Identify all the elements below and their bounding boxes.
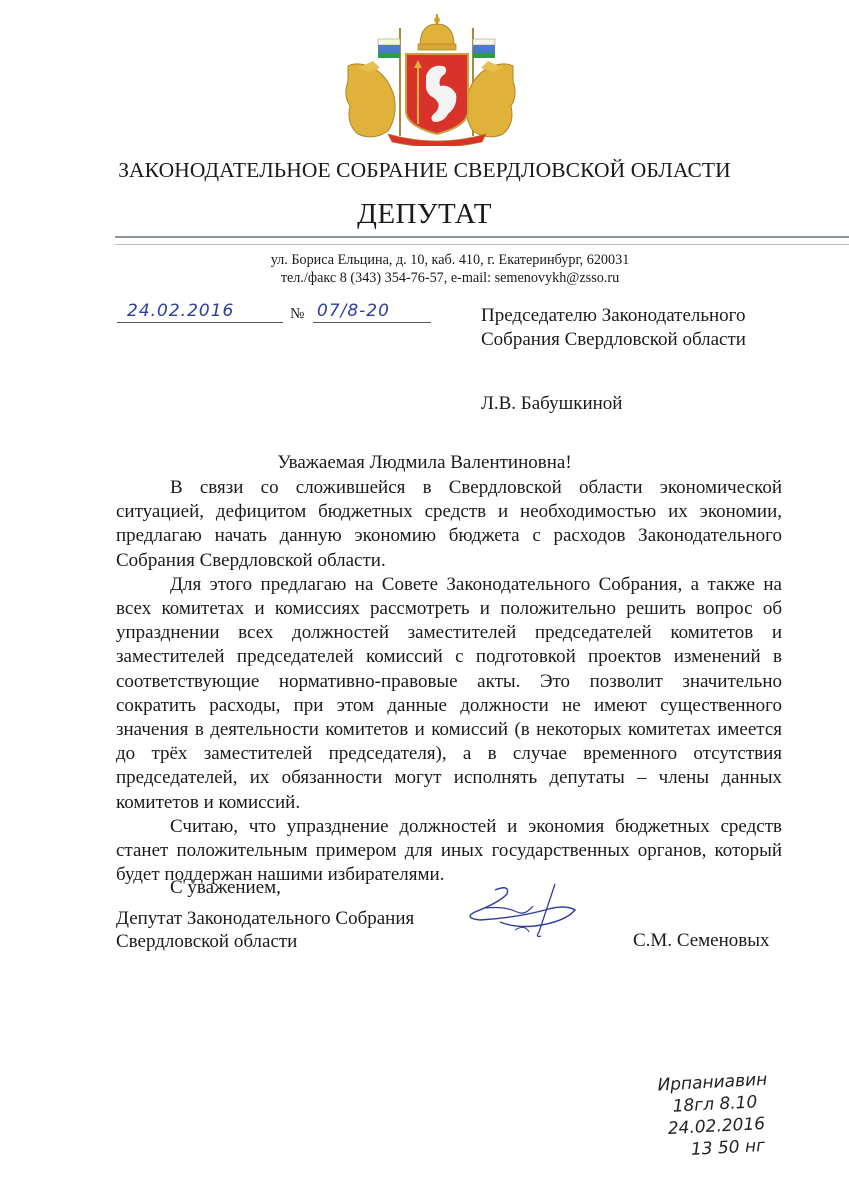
- registration-date: 24.02.2016: [117, 301, 283, 323]
- paragraph: Для этого предлагаю на Совете Законодате…: [116, 573, 782, 815]
- addressee-line-2: Собрания Свердловской области: [481, 328, 746, 352]
- number-sign: №: [290, 306, 304, 323]
- contact-line: тел./факс 8 (343) 354-76-57, e-mail: sem…: [0, 270, 849, 287]
- position-title: ДЕПУТАТ: [0, 198, 849, 231]
- letterhead-divider: [115, 236, 849, 245]
- closing-regards: С уважением,: [170, 877, 281, 899]
- signatory-name: С.М. Семеновых: [633, 930, 770, 952]
- addressee-name: Л.В. Бабушкиной: [481, 393, 622, 415]
- coat-of-arms-emblem: [318, 6, 543, 146]
- salutation: Уважаемая Людмила Валентиновна!: [0, 452, 849, 474]
- addressee-line-1: Председателю Законодательного: [481, 304, 746, 328]
- registration-number: 07/8-20: [313, 301, 431, 323]
- signatory-title-line-1: Депутат Законодательного Собрания: [116, 907, 414, 930]
- address-line: ул. Бориса Ельцина, д. 10, каб. 410, г. …: [0, 252, 849, 269]
- signatory-title-line-2: Свердловской области: [116, 930, 414, 953]
- addressee-block: Председателю Законодательного Собрания С…: [481, 304, 746, 352]
- handwritten-registration-note: Ирпаниавин 18гл 8.10 24.02.2016 13 50 нг: [647, 1065, 843, 1195]
- handwritten-signature-icon: [455, 880, 595, 940]
- organization-name: ЗАКОНОДАТЕЛЬНОЕ СОБРАНИЕ СВЕРДЛОВСКОЙ ОБ…: [0, 158, 849, 183]
- signatory-title: Депутат Законодательного Собрания Свердл…: [116, 907, 414, 953]
- paragraph: В связи со сложившейся в Свердловской об…: [116, 476, 782, 573]
- letter-body: В связи со сложившейся в Свердловской об…: [116, 476, 782, 887]
